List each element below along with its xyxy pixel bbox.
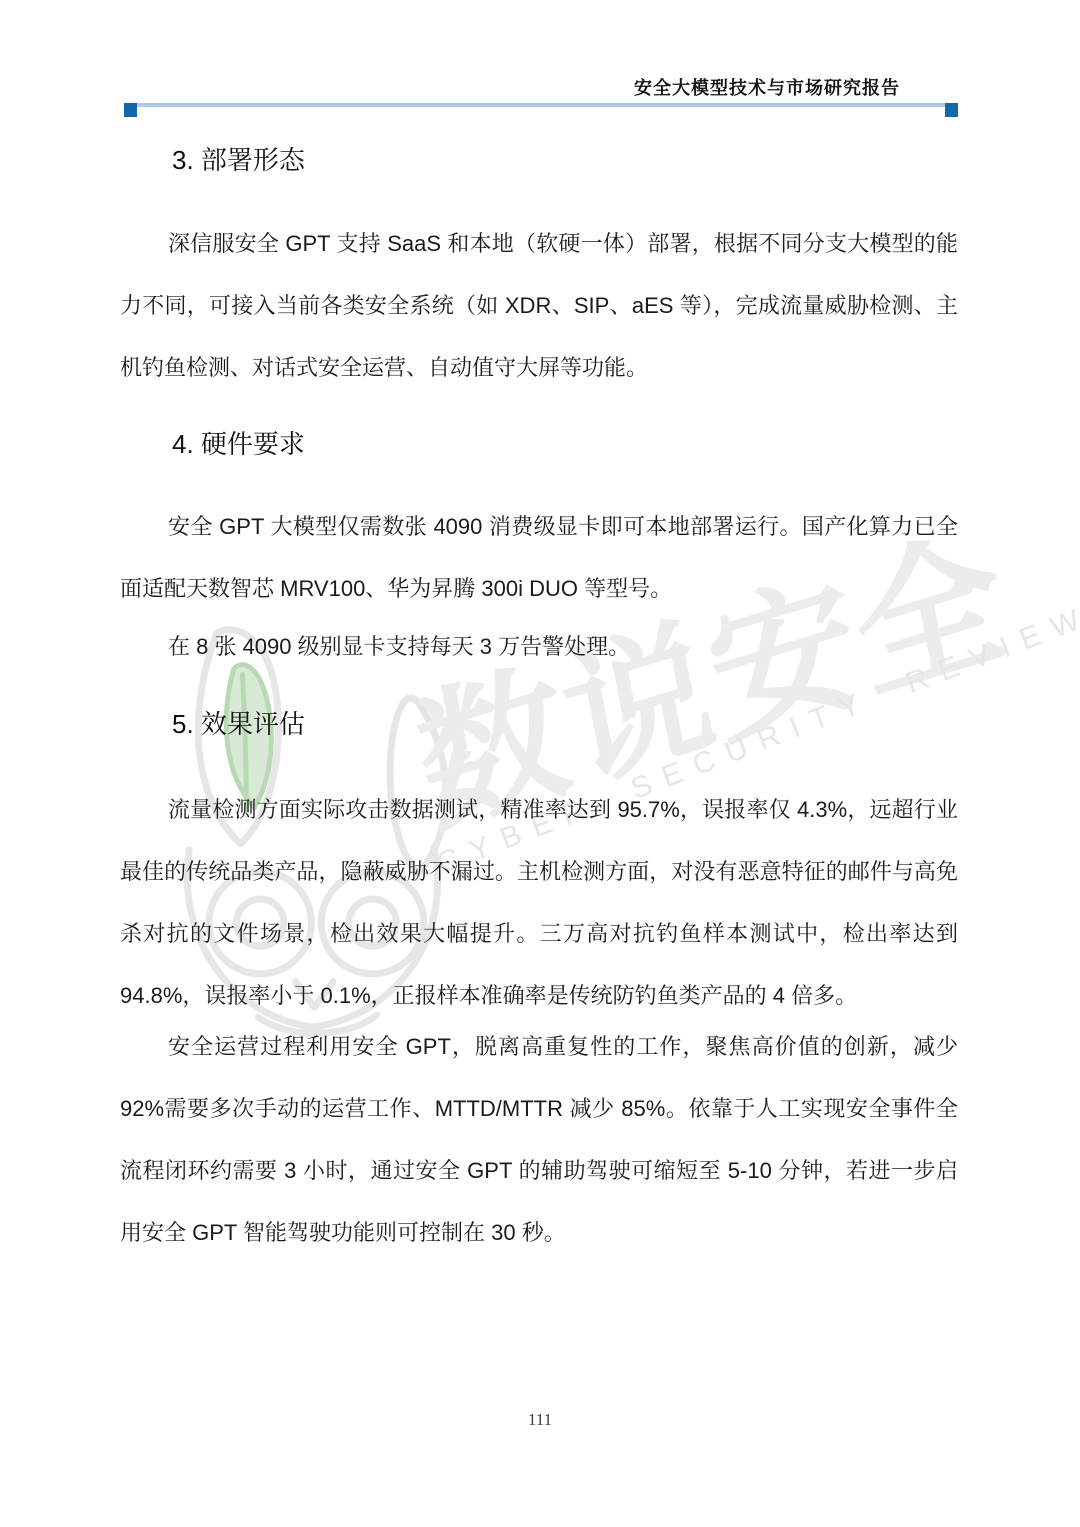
paragraph-hardware-2: 在 8 张 4090 级别显卡支持每天 3 万告警处理。	[120, 616, 958, 678]
paragraph-evaluation-1: 流量检测方面实际攻击数据测试，精准率达到 95.7%，误报率仅 4.3%，远超行…	[120, 779, 958, 1027]
header-rule	[124, 103, 958, 107]
document-page: 数说安全 CYBER SECURITY REVIEWS 安全大模型技术与市场研究…	[0, 0, 1080, 1527]
page-number: 111	[0, 1410, 1080, 1430]
header-rule-left-square	[124, 103, 137, 117]
section-heading-deployment: 3. 部署形态	[172, 142, 305, 178]
report-header-title: 安全大模型技术与市场研究报告	[634, 74, 900, 100]
paragraph-evaluation-2: 安全运营过程利用安全 GPT，脱离高重复性的工作，聚焦高价值的创新，减少 92%…	[120, 1016, 958, 1264]
section-heading-evaluation: 5. 效果评估	[172, 706, 305, 742]
paragraph-deployment: 深信服安全 GPT 支持 SaaS 和本地（软硬一体）部署，根据不同分支大模型的…	[120, 213, 958, 399]
section-heading-hardware: 4. 硬件要求	[172, 426, 305, 462]
paragraph-hardware-1: 安全 GPT 大模型仅需数张 4090 消费级显卡即可本地部署运行。国产化算力已…	[120, 496, 958, 620]
header-rule-right-square	[945, 103, 958, 117]
